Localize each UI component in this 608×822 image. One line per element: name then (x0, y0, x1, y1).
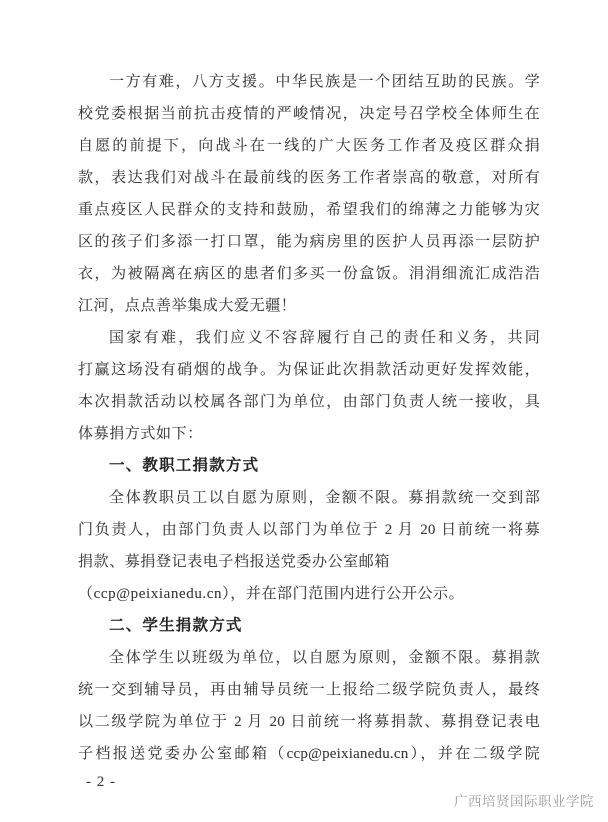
text-line: 子档报送党委办公室邮箱（ccp@peixianedu.cn），并在二级学院 (78, 738, 540, 770)
text-line: 全体教职员工以自愿为原则，金额不限。募捐款统一交到部 (78, 482, 540, 514)
text-line: 全体学生以班级为单位，以自愿为原则，金额不限。募捐款 (78, 642, 540, 674)
text-line: 以二级学院为单位于 2 月 20 日前统一将募捐款、募捐登记表电 (78, 706, 540, 738)
text-line: 衣，为被隔离在病区的患者们多买一份盒饭。涓涓细流汇成浩浩 (78, 258, 540, 290)
paragraph: 国家有难，我们应义不容辞履行自己的责任和义务，共同打赢这场没有硝烟的战争。为保证… (78, 322, 540, 450)
text-line: 校党委根据当前抗击疫情的严峻情况，决定号召学校全体师生在 (78, 98, 540, 130)
text-line: 体募捐方式如下： (78, 418, 540, 450)
page-number: - 2 - (86, 771, 116, 793)
document-body: 一方有难，八方支援。中华民族是一个团结互助的民族。学校党委根据当前抗击疫情的严峻… (78, 66, 540, 770)
text-line: 国家有难，我们应义不容辞履行自己的责任和义务，共同 (78, 322, 540, 354)
text-line: 江河，点点善举集成大爱无疆！ (78, 290, 540, 322)
section-heading: 二、学生捐款方式 (78, 610, 540, 642)
heading-line: 一、教职工捐款方式 (78, 450, 540, 482)
text-line: 本次捐款活动以校属各部门为单位，由部门负责人统一接收，具 (78, 386, 540, 418)
text-line: 门负责人，由部门负责人以部门为单位于 2 月 20 日前统一将募 (78, 514, 540, 546)
document-page: 一方有难，八方支援。中华民族是一个团结互助的民族。学校党委根据当前抗击疫情的严峻… (0, 0, 608, 822)
text-line: 捐款、募捐登记表电子档报送党委办公室邮箱 (78, 546, 540, 578)
paragraph: 全体教职员工以自愿为原则，金额不限。募捐款统一交到部门负责人，由部门负责人以部门… (78, 482, 540, 610)
text-line: 款，表达我们对战斗在最前线的医务工作者崇高的敬意，对所有 (78, 162, 540, 194)
text-line: 区的孩子们多添一打口罩，能为病房里的医护人员再添一层防护 (78, 226, 540, 258)
section-heading: 一、教职工捐款方式 (78, 450, 540, 482)
text-line: 重点疫区人民群众的支持和鼓励，希望我们的绵薄之力能够为灾 (78, 194, 540, 226)
heading-line: 二、学生捐款方式 (78, 610, 540, 642)
text-line: （ccp@peixianedu.cn），并在部门范围内进行公开公示。 (78, 578, 540, 610)
watermark-school-name: 广西培贤国际职业学院 (454, 793, 594, 811)
paragraph: 全体学生以班级为单位，以自愿为原则，金额不限。募捐款统一交到辅导员，再由辅导员统… (78, 642, 540, 770)
text-line: 统一交到辅导员，再由辅导员统一上报给二级学院负责人，最终 (78, 674, 540, 706)
text-line: 自愿的前提下，向战斗在一线的广大医务工作者及疫区群众捐 (78, 130, 540, 162)
text-line: 一方有难，八方支援。中华民族是一个团结互助的民族。学 (78, 66, 540, 98)
text-line: 打赢这场没有硝烟的战争。为保证此次捐款活动更好发挥效能， (78, 354, 540, 386)
paragraph: 一方有难，八方支援。中华民族是一个团结互助的民族。学校党委根据当前抗击疫情的严峻… (78, 66, 540, 322)
